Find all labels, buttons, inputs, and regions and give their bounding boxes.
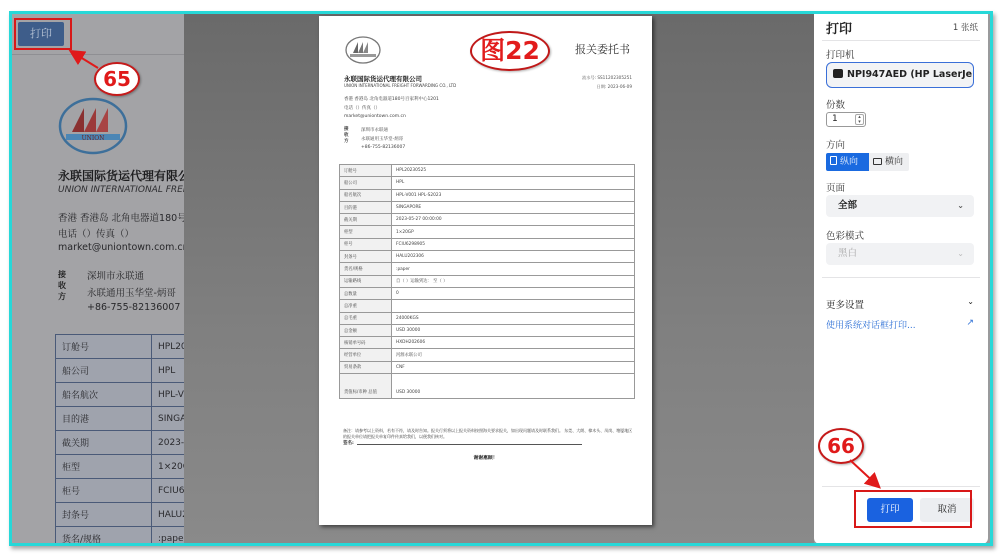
annotation-arrows	[12, 14, 993, 546]
screenshot-frame: 打印 UNION 永联国际货运代理有限公 UNION INTERNATIONAL…	[9, 11, 993, 546]
